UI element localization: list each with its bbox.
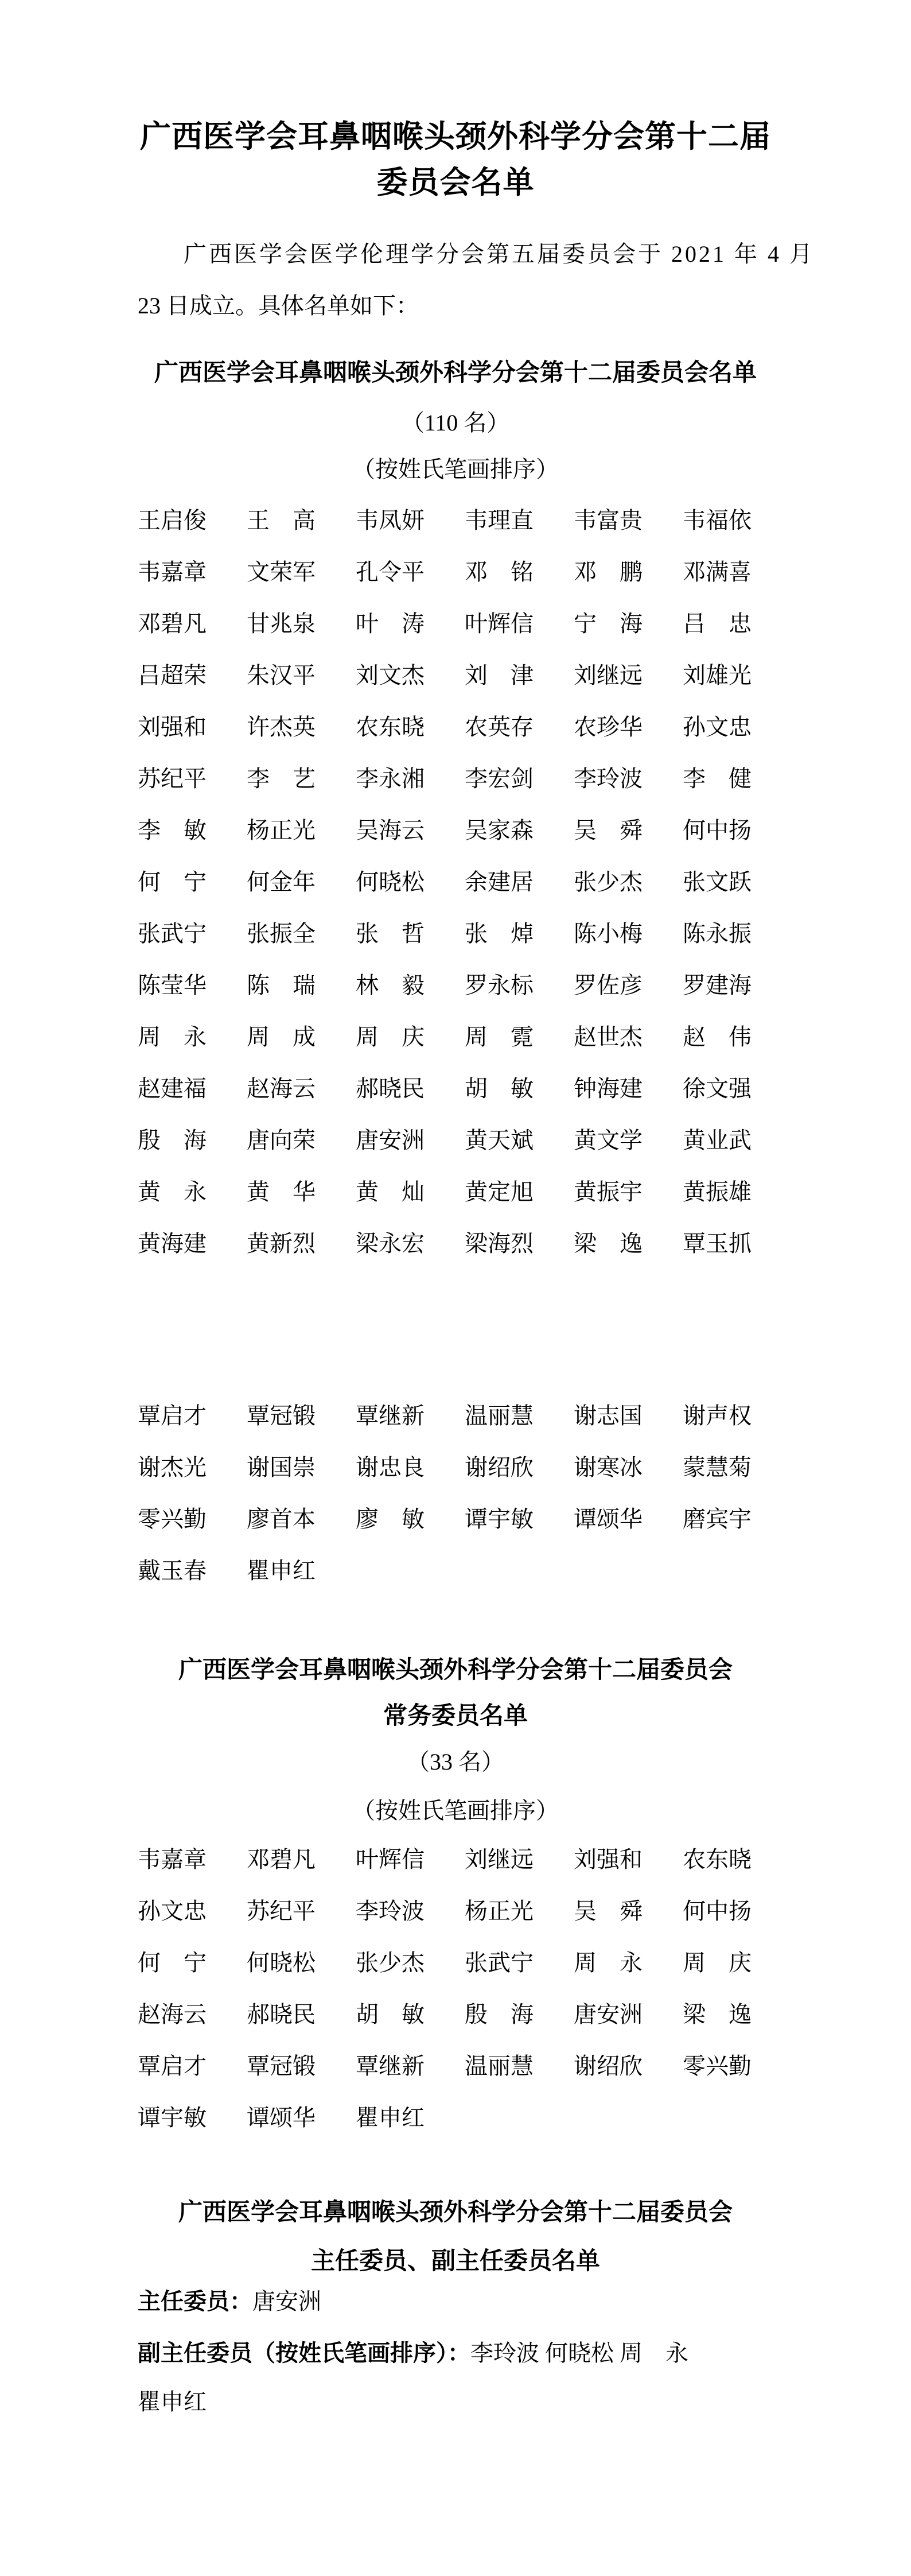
member-row: 李 敏杨正光吴海云吴家森吴 舜何中扬 bbox=[138, 805, 826, 856]
section2-heading-line-1: 广西医学会耳鼻咽喉头颈外科学分会第十二届委员会 bbox=[138, 1644, 773, 1696]
member-name: 农珍华 bbox=[574, 701, 683, 753]
member-name: 宁 海 bbox=[574, 598, 683, 650]
member-name: 李玲波 bbox=[356, 1886, 465, 1937]
chairman-line: 主任委员：唐安洲 bbox=[138, 2276, 773, 2327]
member-row: 谭宇敏谭颂华瞿申红 bbox=[138, 2092, 826, 2144]
member-name: 杨正光 bbox=[465, 1886, 574, 1937]
member-name: 何晓松 bbox=[247, 1937, 356, 1989]
member-name: 张文跃 bbox=[683, 856, 792, 908]
member-name: 唐安洲 bbox=[574, 1989, 683, 2040]
member-name: 赵 伟 bbox=[683, 1011, 792, 1063]
member-name: 磨宾宇 bbox=[683, 1493, 792, 1545]
member-name: 何 宁 bbox=[138, 1937, 247, 1989]
member-name: 张少杰 bbox=[574, 856, 683, 908]
member-name: 孔令平 bbox=[356, 546, 465, 598]
member-row: 赵海云郝晓民胡 敏殷 海唐安洲梁 逸 bbox=[138, 1989, 826, 2040]
member-name: 邓满喜 bbox=[683, 546, 792, 598]
member-name: 谢寒冰 bbox=[574, 1442, 683, 1493]
member-row: 张武宁张振全张 哲张 焯陈小梅陈永振 bbox=[138, 908, 826, 960]
member-name: 黄振宇 bbox=[574, 1166, 683, 1218]
member-name: 刘 津 bbox=[465, 650, 574, 701]
member-name: 零兴勤 bbox=[683, 2040, 792, 2092]
member-name: 韦理直 bbox=[465, 495, 574, 546]
member-name: 何晓松 bbox=[356, 856, 465, 908]
member-name: 韦富贵 bbox=[574, 495, 683, 546]
member-name: 谢绍欣 bbox=[574, 2040, 683, 2092]
chairman-label: 主任委员： bbox=[138, 2288, 252, 2314]
member-name: 农东晓 bbox=[683, 1834, 792, 1886]
member-row: 周 永周 成周 庆周 霓赵世杰赵 伟 bbox=[138, 1011, 826, 1063]
member-name: 李 敏 bbox=[138, 805, 247, 856]
section2-sort-label: （按姓氏笔画排序） bbox=[138, 1785, 773, 1837]
member-name: 覃冠锻 bbox=[247, 1390, 356, 1442]
member-name: 吴 舜 bbox=[574, 1886, 683, 1937]
section1-sort-label: （按姓氏笔画排序） bbox=[138, 444, 773, 495]
member-name: 刘强和 bbox=[574, 1834, 683, 1886]
member-name: 韦嘉章 bbox=[138, 1834, 247, 1886]
member-name: 谭宇敏 bbox=[465, 1493, 574, 1545]
member-name: 黄振雄 bbox=[683, 1166, 792, 1218]
member-name: 张振全 bbox=[247, 908, 356, 960]
vice-chairmen-names-continued: 瞿申红 bbox=[138, 2376, 773, 2428]
member-row: 黄海建黄新烈梁永宏梁海烈梁 逸覃玉抓 bbox=[138, 1218, 826, 1270]
member-name: 温丽慧 bbox=[465, 1390, 574, 1442]
member-row: 孙文忠苏纪平李玲波杨正光吴 舜何中扬 bbox=[138, 1886, 826, 1937]
member-name: 赵海云 bbox=[138, 1989, 247, 2040]
section1-heading: 广西医学会耳鼻咽喉头颈外科学分会第十二届委员会名单 bbox=[138, 347, 773, 399]
member-name: 陈小梅 bbox=[574, 908, 683, 960]
member-name: 梁海烈 bbox=[465, 1218, 574, 1270]
member-name: 谢杰光 bbox=[138, 1442, 247, 1493]
member-name: 陈 瑞 bbox=[247, 960, 356, 1011]
member-name: 黄新烈 bbox=[247, 1218, 356, 1270]
member-name: 许杰英 bbox=[247, 701, 356, 753]
member-row: 覃启才覃冠锻覃继新温丽慧谢志国谢声权 bbox=[138, 1390, 826, 1442]
member-name: 瞿申红 bbox=[356, 2092, 465, 2144]
member-name: 周 永 bbox=[574, 1937, 683, 1989]
member-name: 谢绍欣 bbox=[465, 1442, 574, 1493]
member-name: 朱汉平 bbox=[247, 650, 356, 701]
member-name: 陈莹华 bbox=[138, 960, 247, 1011]
member-name: 吕超荣 bbox=[138, 650, 247, 701]
member-name: 邓 鹏 bbox=[574, 546, 683, 598]
member-name: 覃继新 bbox=[356, 1390, 465, 1442]
member-name: 覃启才 bbox=[138, 2040, 247, 2092]
member-name: 蒙慧菊 bbox=[683, 1442, 792, 1493]
member-name: 吴 舜 bbox=[574, 805, 683, 856]
member-row: 黄 永黄 华黄 灿黄定旭黄振宇黄振雄 bbox=[138, 1166, 826, 1218]
member-name: 谢声权 bbox=[683, 1390, 792, 1442]
member-name: 韦嘉章 bbox=[138, 546, 247, 598]
member-name: 胡 敏 bbox=[465, 1063, 574, 1115]
member-name: 廖 敏 bbox=[356, 1493, 465, 1545]
member-name: 黄 永 bbox=[138, 1166, 247, 1218]
member-name: 张武宁 bbox=[138, 908, 247, 960]
member-name: 刘雄光 bbox=[683, 650, 792, 701]
member-name: 覃玉抓 bbox=[683, 1218, 792, 1270]
section1-member-grid-page2: 覃启才覃冠锻覃继新温丽慧谢志国谢声权谢杰光谢国崇谢忠良谢绍欣谢寒冰蒙慧菊零兴勤廖… bbox=[138, 1390, 826, 1597]
member-name: 王启俊 bbox=[138, 495, 247, 546]
member-name: 谢国崇 bbox=[247, 1442, 356, 1493]
member-name: 唐安洲 bbox=[356, 1115, 465, 1166]
member-name: 孙文忠 bbox=[138, 1886, 247, 1937]
member-name: 何中扬 bbox=[683, 1886, 792, 1937]
member-name: 唐向荣 bbox=[247, 1115, 356, 1166]
member-name: 瞿申红 bbox=[247, 1545, 356, 1597]
member-name: 周 霓 bbox=[465, 1011, 574, 1063]
member-name: 廖首本 bbox=[247, 1493, 356, 1545]
member-name: 郝晓民 bbox=[247, 1989, 356, 2040]
member-name: 苏纪平 bbox=[247, 1886, 356, 1937]
member-name: 刘文杰 bbox=[356, 650, 465, 701]
member-name: 黄 华 bbox=[247, 1166, 356, 1218]
member-name: 刘继远 bbox=[465, 1834, 574, 1886]
member-name: 谭颂华 bbox=[574, 1493, 683, 1545]
member-name: 刘强和 bbox=[138, 701, 247, 753]
vice-chairmen-names: 李玲波 何晓松 周 永 bbox=[470, 2340, 688, 2366]
member-name: 陈永振 bbox=[683, 908, 792, 960]
member-name: 罗永标 bbox=[465, 960, 574, 1011]
member-row: 赵建福赵海云郝晓民胡 敏钟海建徐文强 bbox=[138, 1063, 826, 1115]
document-title-line-1: 广西医学会耳鼻咽喉头颈外科学分会第十二届 bbox=[138, 114, 773, 160]
member-name: 韦凤妍 bbox=[356, 495, 465, 546]
vice-chairmen-line: 副主任委员（按姓氏笔画排序）：李玲波 何晓松 周 永 bbox=[138, 2327, 773, 2379]
member-name: 覃启才 bbox=[138, 1390, 247, 1442]
member-name: 温丽慧 bbox=[465, 2040, 574, 2092]
member-name: 张 焯 bbox=[465, 908, 574, 960]
member-row: 何 宁何晓松张少杰张武宁周 永周 庆 bbox=[138, 1937, 826, 1989]
section1-count-label: （110 名） bbox=[138, 397, 773, 449]
section2-count-label: （33 名） bbox=[138, 1736, 773, 1788]
member-name: 王 高 bbox=[247, 495, 356, 546]
member-name: 谭颂华 bbox=[247, 2092, 356, 2144]
member-name: 李宏剑 bbox=[465, 753, 574, 805]
member-name: 周 成 bbox=[247, 1011, 356, 1063]
member-row: 戴玉春瞿申红 bbox=[138, 1545, 826, 1597]
member-name: 叶辉信 bbox=[465, 598, 574, 650]
member-row: 邓碧凡甘兆泉叶 涛叶辉信宁 海吕 忠 bbox=[138, 598, 826, 650]
chairman-name: 唐安洲 bbox=[252, 2288, 321, 2314]
member-name: 林 毅 bbox=[356, 960, 465, 1011]
member-name: 何 宁 bbox=[138, 856, 247, 908]
member-name: 黄天斌 bbox=[465, 1115, 574, 1166]
member-row: 零兴勤廖首本廖 敏谭宇敏谭颂华磨宾宇 bbox=[138, 1493, 826, 1545]
member-name: 农英存 bbox=[465, 701, 574, 753]
member-name: 赵建福 bbox=[138, 1063, 247, 1115]
member-name: 周 庆 bbox=[356, 1011, 465, 1063]
member-name: 黄业武 bbox=[683, 1115, 792, 1166]
member-name: 胡 敏 bbox=[356, 1989, 465, 2040]
member-name: 叶辉信 bbox=[356, 1834, 465, 1886]
member-name: 黄文学 bbox=[574, 1115, 683, 1166]
member-name: 李 健 bbox=[683, 753, 792, 805]
intro-paragraph-line-1: 广西医学会医学伦理学分会第五届委员会于 2021 年 4 月 bbox=[138, 228, 773, 280]
member-name: 张少杰 bbox=[356, 1937, 465, 1989]
member-name: 黄海建 bbox=[138, 1218, 247, 1270]
member-row: 谢杰光谢国崇谢忠良谢绍欣谢寒冰蒙慧菊 bbox=[138, 1442, 826, 1493]
section3-heading-line-1: 广西医学会耳鼻咽喉头颈外科学分会第十二届委员会 bbox=[138, 2187, 773, 2239]
member-name: 孙文忠 bbox=[683, 701, 792, 753]
member-name: 李永湘 bbox=[356, 753, 465, 805]
member-name: 罗佐彦 bbox=[574, 960, 683, 1011]
member-name: 钟海建 bbox=[574, 1063, 683, 1115]
member-name: 邓 铭 bbox=[465, 546, 574, 598]
member-row: 刘强和许杰英农东晓农英存农珍华孙文忠 bbox=[138, 701, 826, 753]
member-row: 覃启才覃冠锻覃继新温丽慧谢绍欣零兴勤 bbox=[138, 2040, 826, 2092]
member-name: 叶 涛 bbox=[356, 598, 465, 650]
section2-heading-line-2: 常务委员名单 bbox=[138, 1690, 773, 1742]
member-name: 邓碧凡 bbox=[138, 598, 247, 650]
member-name: 覃继新 bbox=[356, 2040, 465, 2092]
document-page: 广西医学会耳鼻咽喉头颈外科学分会第十二届 委员会名单 广西医学会医学伦理学分会第… bbox=[0, 0, 911, 2576]
section2-member-grid: 韦嘉章邓碧凡叶辉信刘继远刘强和农东晓孙文忠苏纪平李玲波杨正光吴 舜何中扬何 宁何… bbox=[138, 1834, 826, 2144]
member-name: 梁 逸 bbox=[683, 1989, 792, 2040]
member-name: 殷 海 bbox=[138, 1115, 247, 1166]
member-row: 吕超荣朱汉平刘文杰刘 津刘继远刘雄光 bbox=[138, 650, 826, 701]
document-title-line-2: 委员会名单 bbox=[138, 160, 773, 205]
member-row: 何 宁何金年何晓松余建居张少杰张文跃 bbox=[138, 856, 826, 908]
member-row: 陈莹华陈 瑞林 毅罗永标罗佐彦罗建海 bbox=[138, 960, 826, 1011]
member-name: 赵世杰 bbox=[574, 1011, 683, 1063]
member-name: 罗建海 bbox=[683, 960, 792, 1011]
member-name: 文荣军 bbox=[247, 546, 356, 598]
member-name: 吕 忠 bbox=[683, 598, 792, 650]
member-name: 何金年 bbox=[247, 856, 356, 908]
section1-member-grid-page1: 王启俊王 高韦凤妍韦理直韦富贵韦福依韦嘉章文荣军孔令平邓 铭邓 鹏邓满喜邓碧凡甘… bbox=[138, 495, 826, 1270]
member-name: 周 庆 bbox=[683, 1937, 792, 1989]
member-name: 杨正光 bbox=[247, 805, 356, 856]
member-name: 谭宇敏 bbox=[138, 2092, 247, 2144]
member-name: 邓碧凡 bbox=[247, 1834, 356, 1886]
member-name: 谢志国 bbox=[574, 1390, 683, 1442]
member-name: 吴家森 bbox=[465, 805, 574, 856]
member-name: 徐文强 bbox=[683, 1063, 792, 1115]
member-name: 韦福依 bbox=[683, 495, 792, 546]
intro-paragraph-line-2: 23 日成立。具体名单如下： bbox=[138, 280, 773, 332]
member-name: 李玲波 bbox=[574, 753, 683, 805]
member-row: 韦嘉章文荣军孔令平邓 铭邓 鹏邓满喜 bbox=[138, 546, 826, 598]
member-name: 谢忠良 bbox=[356, 1442, 465, 1493]
member-name: 农东晓 bbox=[356, 701, 465, 753]
member-name: 黄定旭 bbox=[465, 1166, 574, 1218]
member-name: 戴玉春 bbox=[138, 1545, 247, 1597]
member-name: 余建居 bbox=[465, 856, 574, 908]
member-name: 梁永宏 bbox=[356, 1218, 465, 1270]
member-row: 苏纪平李 艺李永湘李宏剑李玲波李 健 bbox=[138, 753, 826, 805]
member-name: 吴海云 bbox=[356, 805, 465, 856]
vice-chairmen-label: 副主任委员（按姓氏笔画排序）： bbox=[138, 2340, 470, 2366]
member-name: 苏纪平 bbox=[138, 753, 247, 805]
member-name: 甘兆泉 bbox=[247, 598, 356, 650]
member-name: 赵海云 bbox=[247, 1063, 356, 1115]
member-row: 韦嘉章邓碧凡叶辉信刘继远刘强和农东晓 bbox=[138, 1834, 826, 1886]
member-name: 覃冠锻 bbox=[247, 2040, 356, 2092]
member-row: 殷 海唐向荣唐安洲黄天斌黄文学黄业武 bbox=[138, 1115, 826, 1166]
member-row: 王启俊王 高韦凤妍韦理直韦富贵韦福依 bbox=[138, 495, 826, 546]
member-name: 零兴勤 bbox=[138, 1493, 247, 1545]
member-name: 张武宁 bbox=[465, 1937, 574, 1989]
member-name: 殷 海 bbox=[465, 1989, 574, 2040]
member-name: 张 哲 bbox=[356, 908, 465, 960]
member-name: 周 永 bbox=[138, 1011, 247, 1063]
member-name: 李 艺 bbox=[247, 753, 356, 805]
member-name: 黄 灿 bbox=[356, 1166, 465, 1218]
member-name: 何中扬 bbox=[683, 805, 792, 856]
member-name: 郝晓民 bbox=[356, 1063, 465, 1115]
member-name: 梁 逸 bbox=[574, 1218, 683, 1270]
member-name: 刘继远 bbox=[574, 650, 683, 701]
